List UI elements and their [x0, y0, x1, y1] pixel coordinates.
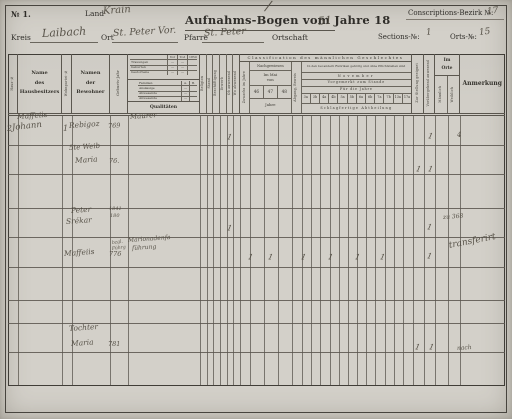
- grid-vline: [357, 116, 358, 385]
- col-header-remark: Anmerkung: [460, 54, 505, 113]
- handwriting-entry: 769: [108, 121, 121, 130]
- classification-note: In den bei andern Rubriken gehörig und o…: [307, 65, 405, 69]
- conscription-district-label: Conscriptions-Bezirk №:: [408, 9, 493, 17]
- handwriting-entry: Srékar: [66, 215, 92, 226]
- ort-label: Ort: [101, 33, 114, 42]
- sections-label: Sections-№:: [378, 33, 420, 41]
- grid-vline: [213, 116, 214, 385]
- col-header-absent: Wo abwesend: [233, 54, 240, 113]
- grid-hline: [8, 237, 505, 238]
- schlagfertige-label: Schlagfertige Abtheilung: [320, 106, 392, 110]
- classification-block: Classification des männlichen Geschlecht…: [240, 54, 412, 113]
- fuer-die-jahre-label: Für die Jahre: [340, 88, 373, 92]
- kreis-underline: [30, 42, 98, 43]
- col-header-owner: Name des Hausbesitzers: [18, 54, 62, 113]
- handwriting-entry: 17: [486, 6, 498, 17]
- col-header-qualities: Vor Tod 1850 Trauungen—— Geburten—— Gest…: [128, 54, 200, 113]
- grid-vline: [264, 116, 265, 385]
- year-48: 48: [278, 86, 291, 98]
- pfarre-underline: [202, 42, 264, 43]
- col-header-party-number: Wohnpartei-№: [62, 54, 72, 113]
- grid-vline: [292, 116, 293, 385]
- grid-vline: [240, 116, 241, 385]
- form-title: Aufnahms-Bogen vom Jahre 18: [185, 13, 391, 27]
- handwriting-entry: 1: [63, 124, 68, 133]
- qual-head-year: 1850: [187, 55, 197, 59]
- grid-vline: [424, 116, 425, 385]
- handwriting-entry: 781: [108, 340, 120, 348]
- grid-vline: [128, 116, 129, 385]
- fam-head: Familien: [138, 81, 181, 85]
- col-header-abgang: Abgang, Beweis: [292, 62, 302, 113]
- qual-head-tod: Tod: [177, 55, 187, 59]
- jahre-label: Jahre: [265, 103, 275, 108]
- handwriting-entry: 76.: [109, 157, 119, 165]
- kreis-label: Kreis: [11, 33, 31, 42]
- grid-vline: [375, 116, 376, 385]
- header-bottom-rule-2: [8, 115, 505, 116]
- handwriting-entry: St. Peter: [204, 26, 246, 39]
- grid-vline: [250, 116, 251, 385]
- col-header-female: Weiblich: [448, 76, 460, 113]
- col-header-zuwachs: Zuwachs im Jahre: [240, 62, 250, 113]
- grid-vline: [385, 116, 386, 385]
- year-46: 46: [250, 86, 264, 98]
- col-header-voruebergehend: Vorübergehend anwesend: [424, 54, 435, 113]
- handwriting-entry: Peter: [71, 205, 92, 215]
- grid-vline: [435, 116, 436, 385]
- handwriting-entry: 4: [457, 131, 461, 139]
- im-orte-head: Im Orte: [442, 57, 453, 71]
- handwriting-entry: Krain: [103, 4, 132, 17]
- col-header-religion: Religion: [200, 54, 207, 113]
- grid-vline: [403, 116, 404, 385]
- handwriting-entry: 15: [478, 27, 490, 38]
- grid-vline: [366, 116, 367, 385]
- grid-vline: [348, 116, 349, 385]
- grid-vline: [233, 116, 234, 385]
- qualities-footer: Qualitäten: [150, 105, 177, 110]
- grid-hline: [8, 267, 505, 268]
- handwriting-entry: 180: [110, 213, 120, 219]
- grid-hline: [8, 352, 505, 353]
- handwriting-entry: zu 368: [443, 213, 464, 221]
- handwriting-entry: Maria: [75, 154, 98, 165]
- grid-vline: [227, 116, 228, 385]
- grid-vline: [62, 116, 63, 385]
- col-group-im-orte: Im Orte Männlich Weiblich: [435, 54, 460, 113]
- handwriting-entry: 1841: [109, 206, 122, 212]
- handwriting-entry: nach: [457, 344, 472, 352]
- grid-vline: [311, 116, 312, 385]
- form-number: № 1.: [11, 9, 31, 19]
- census-form-sheet: № 1. Land Aufnahms-Bogen vom Jahre 18 Co…: [0, 0, 512, 419]
- handwriting-entry: Maria: [71, 337, 94, 348]
- november-label: November: [338, 74, 375, 78]
- grid-vline: [394, 116, 395, 385]
- orts-label: Orts-№:: [450, 33, 477, 41]
- qual-head-vor: Vor: [167, 55, 177, 59]
- classification-banner: Classification des männlichen Geschlecht…: [248, 55, 404, 60]
- year-47: 47: [264, 86, 278, 98]
- col-header-stellung: Zur Stellung geeignet: [413, 54, 424, 113]
- col-header-occupation: Beschäftigung: [213, 54, 220, 113]
- grid-hline: [8, 174, 505, 175]
- grid-vline: [18, 116, 19, 385]
- grid-vline: [330, 116, 331, 385]
- grid-vline: [302, 116, 303, 385]
- col-header-house-number: Haus-№: [8, 54, 18, 113]
- grid-vline: [220, 116, 221, 385]
- grid-vline: [339, 116, 340, 385]
- im-mai-label: Im Mai von: [263, 73, 277, 82]
- grid-vline: [320, 116, 321, 385]
- land-label: Land: [85, 9, 104, 18]
- handwriting-entry: 51: [317, 14, 332, 28]
- nachgewiesen-label: Nachgewiesen: [257, 64, 284, 68]
- grid-vline: [413, 116, 414, 385]
- col-header-erwerb: Erwerb: [220, 54, 227, 113]
- vorgemerkt-label: Vorgemerkt zum Stande: [328, 81, 385, 85]
- ort-underline: [112, 42, 178, 43]
- handwriting-entry: 1: [425, 27, 432, 38]
- grid-vline: [448, 116, 449, 385]
- grid-vline: [207, 116, 208, 385]
- classification-cells: 3a 3b 4a 4b 5a 5b 6a 6b 7a 7b 13a 17a: [302, 94, 411, 104]
- grid-vline: [278, 116, 279, 385]
- handwriting-entry: Laibach: [42, 25, 87, 40]
- header-bottom-rule-1: [8, 113, 505, 114]
- conscription-underline: [406, 19, 504, 20]
- col-header-inhabitants: Namen der Bewohner: [72, 54, 110, 113]
- grid-hline: [8, 300, 505, 301]
- col-header-male: Männlich: [435, 76, 448, 113]
- col-header-birth-year: Geburts-Jahr: [110, 54, 128, 113]
- grid-vline: [200, 116, 201, 385]
- col-group-attributes: Religion Stand Beschäftigung Erwerb Ob a…: [200, 54, 240, 113]
- ortschaft-label: Ortschaft: [272, 33, 308, 42]
